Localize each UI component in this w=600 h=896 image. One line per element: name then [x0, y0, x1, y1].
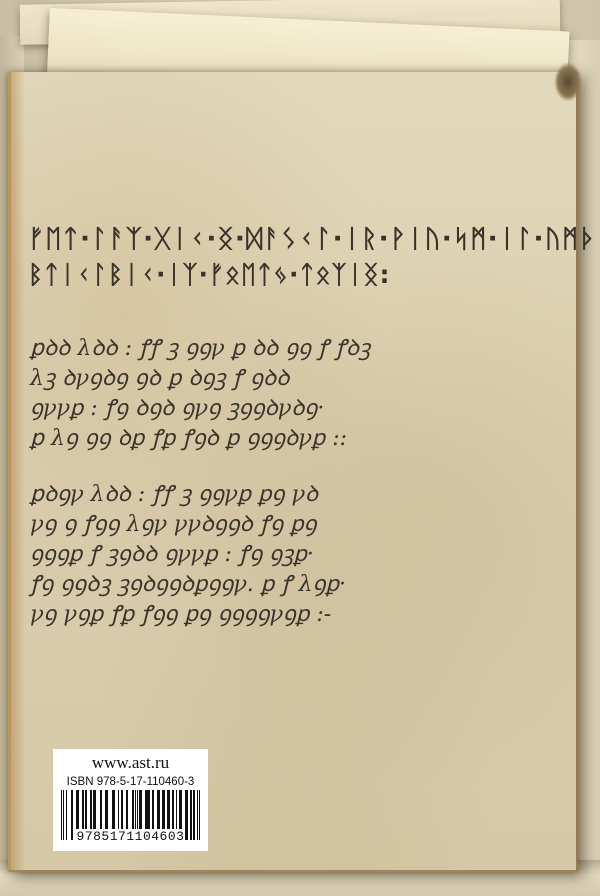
runic-heading-line-2: ᛒᛏᛁᚲᛚᛒᛁᚲ·ᛁᛉ·ᚠᛟᛖᛏᛃ·ᛏᛟᛉᛁᛝ:: [28, 260, 391, 289]
tengwar-paragraph-1: ꝑꝺꝺ λꝺꝺ : ꝭꝭ ꝫ ꝯꝯꝩ ꝑ ꝺꝺ ꝯꝯ ꝭ ꝭꝺꝫ λꝫ ꝺꝩꝯꝺ…: [30, 334, 370, 454]
tengwar-line: ꝭꝯ ꝯꝯꝺꝫ ꝫꝯꝺꝯꝯꝺꝑꝯꝯꝩ. ꝑ ꝭ λꝯꝑ·: [30, 570, 346, 600]
barcode-bar: [199, 790, 200, 840]
tengwar-paragraph-2: ꝑꝺꝯꝩ λꝺꝺ : ꝭꝭ ꝫ ꝯꝯꝩꝑ ꝑꝯ ꝩꝺ ꝩꝯ ꝯ ꝭꝯꝯ λꝯꝩ …: [30, 480, 346, 630]
torn-corner: [554, 62, 582, 102]
barcode-digits-text: 9785171104603: [76, 829, 186, 844]
tengwar-line: ꝩꝯ ꝩꝯꝑ ꝭꝑ ꝭꝯꝯ ꝑꝯ ꝯꝯꝯꝯꝩꝯꝑ :-: [30, 600, 346, 630]
tengwar-line: ꝑ λꝯ ꝯꝯ ꝺꝑ ꝭꝑ ꝭꝯꝺ ꝑ ꝯꝯꝯꝺꝩꝑ ::: [30, 424, 370, 454]
publisher-url: www.ast.ru: [61, 753, 200, 773]
tengwar-line: ꝯꝯꝯꝑ ꝭ ꝫꝯꝺꝺ ꝯꝩꝩꝑ : ꝭꝯ ꝯꝫꝑ·: [30, 540, 346, 570]
barcode-label: www.ast.ru ISBN 978-5-17-110460-3 978517…: [53, 749, 208, 851]
barcode-digits: 9785171104603: [61, 829, 200, 844]
tengwar-line: λꝫ ꝺꝩꝯꝺꝯ ꝯꝺ ꝑ ꝺꝯꝫ ꝭ ꝯꝺꝺ: [30, 364, 370, 394]
tengwar-line: ꝩꝯ ꝯ ꝭꝯꝯ λꝯꝩ ꝩꝩꝺꝯꝯꝺ ꝭꝯ ꝑꝯ: [30, 510, 346, 540]
runic-heading-line-1: ᚠᛖᛏ·ᛚᚨᛉ·ᚷᛁᚲ·ᛝ·ᛞᚨᛊᚲᛚ·ᛁᚱ·ᚹᛁᚢ·ᛋᛗ·ᛁᛚ·ᚢᛗᚦᚴ·: [28, 224, 600, 253]
isbn-text: ISBN 978-5-17-110460-3: [61, 775, 200, 789]
tengwar-line: ꝑꝺꝺ λꝺꝺ : ꝭꝭ ꝫ ꝯꝯꝩ ꝑ ꝺꝺ ꝯꝯ ꝭ ꝭꝺꝫ: [30, 334, 370, 364]
tengwar-line: ꝑꝺꝯꝩ λꝺꝺ : ꝭꝭ ꝫ ꝯꝯꝩꝑ ꝑꝯ ꝩꝺ: [30, 480, 346, 510]
tengwar-line: ꝯꝩꝩꝑ : ꝭꝯ ꝺꝯꝺ ꝯꝩꝯ ꝫꝯꝯꝺꝩꝺꝯ·: [30, 394, 370, 424]
